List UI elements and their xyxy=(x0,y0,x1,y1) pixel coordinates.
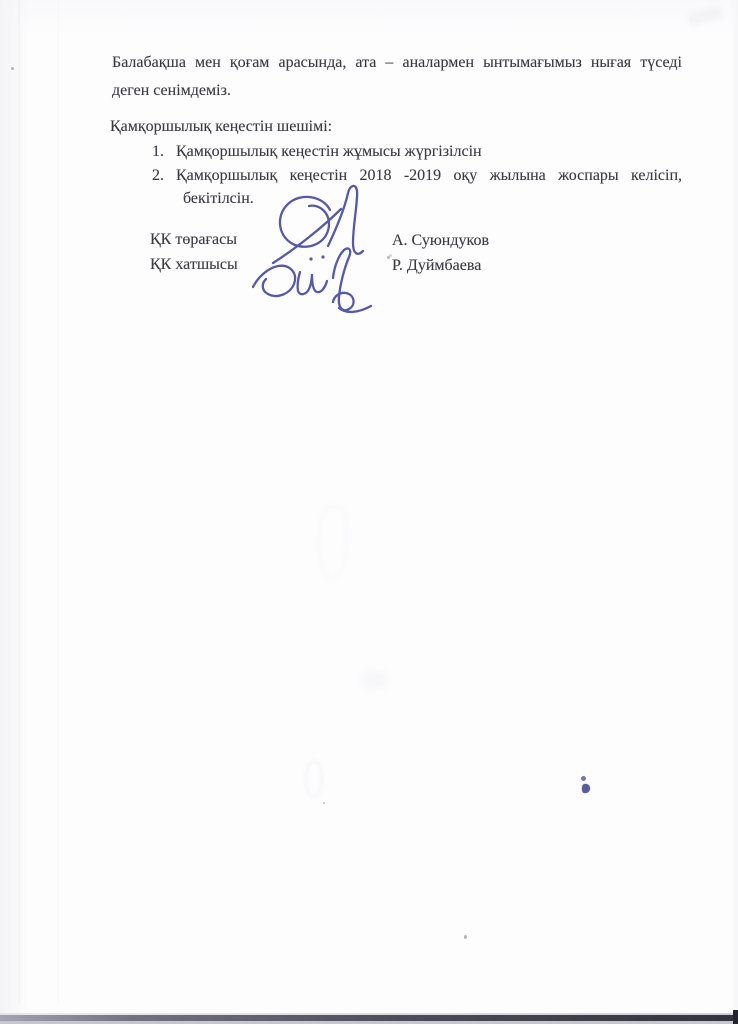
signature-name-secretary: Р. Дуймбаева xyxy=(392,252,481,280)
intro-paragraph-line-1: Балабақша мен қоғам арасында, ата – анал… xyxy=(112,49,682,77)
scan-speck-2 xyxy=(11,67,14,70)
bleedthrough-ghost-3 xyxy=(362,672,386,688)
signature-secretary-f xyxy=(333,248,354,310)
ink-blot-dot xyxy=(581,776,586,781)
scan-speck-1 xyxy=(464,935,467,939)
decision-item-2-number: 2. xyxy=(152,162,164,190)
scanned-document-page: Балабақша мен қоғам арасында, ата – анал… xyxy=(0,0,738,1024)
scan-speck-3 xyxy=(323,802,325,804)
signature-secretary-dot-1 xyxy=(309,257,312,260)
bleedthrough-ghost-2 xyxy=(305,760,323,798)
handwritten-signatures xyxy=(245,178,395,318)
signature-role-chairman: ҚК төрағасы xyxy=(150,226,237,254)
scan-fold-line-left-2 xyxy=(58,0,59,1004)
decision-heading: Қамқоршылық кеңестін шешімі: xyxy=(110,113,682,141)
scan-speck-before-name xyxy=(387,256,390,259)
intro-paragraph-line-2: деген сенімдеміз. xyxy=(112,77,682,105)
signature-name-chairman: А. Суюндуков xyxy=(392,227,489,255)
signature-role-secretary: ҚК хатшысы xyxy=(150,251,238,279)
signature-chairman-hook xyxy=(328,186,363,254)
scanner-edge-corner xyxy=(733,1010,738,1024)
intro-paragraph: Балабақша мен қоғам арасында, ата – анал… xyxy=(112,49,682,105)
bleedthrough-ghost-1 xyxy=(318,505,348,579)
scan-fold-line-left xyxy=(18,0,20,1004)
decision-item-1-text: Қамқоршылық кеңестін жұмысы жүргізілсін xyxy=(176,143,482,160)
ink-blot xyxy=(582,784,590,793)
signature-secretary-dot-2 xyxy=(321,255,324,258)
scan-smudge-top-right xyxy=(687,6,723,26)
signature-secretary-ui xyxy=(298,272,327,294)
signature-secretary-d xyxy=(253,266,295,296)
